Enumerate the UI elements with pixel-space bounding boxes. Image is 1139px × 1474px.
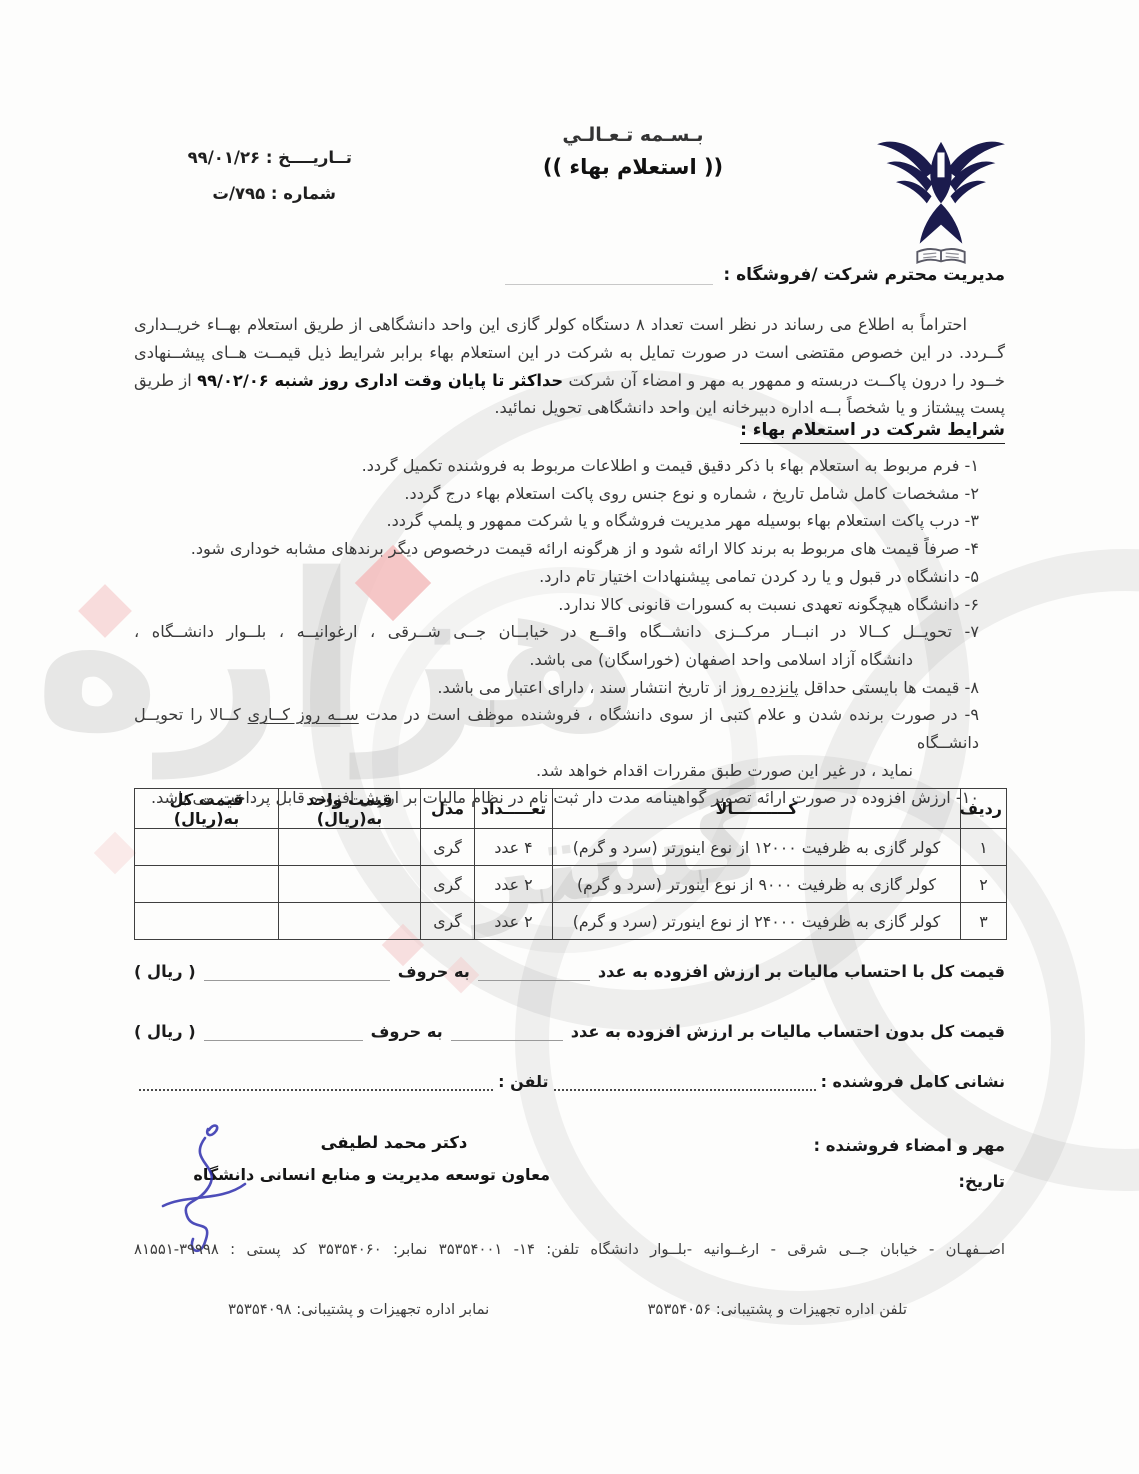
total-with-vat-number-blank xyxy=(478,963,590,981)
condition-text: ۷- تحویــل کــالا در انبــار مرکــزی دان… xyxy=(134,622,979,641)
condition-item: ۷- تحویــل کــالا در انبــار مرکــزی دان… xyxy=(134,618,1005,646)
signatory-name: دکتر محمد لطیفی xyxy=(238,1133,550,1152)
goods-cell: کولر گازی به ظرفیت ۱۲۰۰۰ از نوع اینورتر … xyxy=(553,829,961,866)
goods-cell: کولر گازی به ظرفیت ۲۴۰۰۰ از نوع اینورتر … xyxy=(553,903,961,940)
condition-text: ۸- قیمت ها بایستی حداقل xyxy=(799,678,979,697)
condition-underlined-text: پانزده روز xyxy=(732,678,799,697)
unit-price-cell xyxy=(279,829,421,866)
condition-item: ۱- فرم مربوط به استعلام بهاء با ذکر دقیق… xyxy=(134,452,1005,480)
price-inquiry-document: هزاره گستر تــاريــــخ : ۹۹/۰۱/۲۶ شماره … xyxy=(0,0,1139,1474)
basmala-text: بـسـمه تـعـالـي xyxy=(468,124,798,146)
document-number: شماره : ۷۹۵/ت xyxy=(140,184,352,203)
column-header-total-price: قیمت کل به(ریال) xyxy=(135,789,279,829)
model-cell: گری xyxy=(421,829,475,866)
column-header-row-number: ردیف xyxy=(961,789,1007,829)
table-row: ۳کولر گازی به ظرفیت ۲۴۰۰۰ از نوع اینورتر… xyxy=(135,903,1007,940)
conditions-list: ۱- فرم مربوط به استعلام بهاء با ذکر دقیق… xyxy=(134,452,1005,812)
condition-text: ۴- صرفاً قیمت های مربوط به برند کالا ارا… xyxy=(191,539,979,558)
total-price-cell xyxy=(135,829,279,866)
condition-item: ۹- در صورت برنده شدن و علام کتبی از سوی … xyxy=(134,701,1005,756)
signatory-title: معاون توسعه مدیریت و منابع انسانی دانشگا… xyxy=(238,1165,550,1184)
seller-address-label: نشانی کامل فروشنده : xyxy=(821,1072,1005,1091)
seller-phone-blank xyxy=(139,1075,493,1091)
document-meta: تــاريــــخ : ۹۹/۰۱/۲۶ شماره : ۷۹۵/ت xyxy=(140,148,352,203)
unit-price-cell xyxy=(279,866,421,903)
table-header-row: ردیف کــــــــــالا تعـــــداد مدل قیمت … xyxy=(135,789,1007,829)
total-price-cell xyxy=(135,866,279,903)
recipient-blank-line xyxy=(505,264,713,285)
quantity-cell: ۲ عدد xyxy=(475,903,553,940)
currency-label: ( ریال ) xyxy=(134,962,196,981)
seller-address-blank xyxy=(554,1075,816,1091)
total-without-vat-words-blank xyxy=(204,1023,363,1041)
equipment-office-phone: تلفن اداره تجهیزات و پشتیبانی: ۳۵۳۵۴۰۵۶ xyxy=(647,1301,907,1318)
conditions-heading: شرایط شرکت در استعلام بهاء : xyxy=(740,420,1005,444)
row-number-cell: ۳ xyxy=(961,903,1007,940)
condition-item: ۲- مشخصات کامل شامل تاریخ ، شماره و نوع … xyxy=(134,480,1005,508)
column-header-unit-price: قیمت واحد به(ریال) xyxy=(279,789,421,829)
model-cell: گری xyxy=(421,866,475,903)
seller-stamp-label: مهر و امضاء فروشنده : xyxy=(813,1136,1005,1155)
column-header-quantity: تعـــــداد xyxy=(475,789,553,829)
items-table: ردیف کــــــــــالا تعـــــداد مدل قیمت … xyxy=(134,788,1007,940)
condition-item: ۴- صرفاً قیمت های مربوط به برند کالا ارا… xyxy=(134,535,1005,563)
column-header-model: مدل xyxy=(421,789,475,829)
condition-text: ۹- در صورت برنده شدن و علام کتبی از سوی … xyxy=(359,705,979,724)
condition-text: ۲- مشخصات کامل شامل تاریخ ، شماره و نوع … xyxy=(404,484,979,503)
currency-label: ( ریال ) xyxy=(134,1022,196,1041)
row-number-cell: ۲ xyxy=(961,866,1007,903)
quantity-cell: ۲ عدد xyxy=(475,866,553,903)
total-without-vat-number-blank xyxy=(451,1023,563,1041)
condition-continuation-line: دانشگاه آزاد اسلامی واحد اصفهان (خوراسگا… xyxy=(134,646,1005,674)
document-header: بـسـمه تـعـالـي (( استعلام بهاء )) xyxy=(468,124,798,179)
condition-text: ۶- دانشگاه هیچگونه تعهدی نسبت به کسورات … xyxy=(558,595,979,614)
total-with-vat-row: قیمت کل با احتساب مالیات بر ارزش افزوده … xyxy=(134,962,1005,981)
condition-text: ۳- درب پاکت استعلام بهاء بوسیله مهر مدیر… xyxy=(386,511,979,530)
condition-underlined-text: ســه روز کــاری xyxy=(248,705,359,724)
condition-item: ۸- قیمت ها بایستی حداقل پانزده روز از تا… xyxy=(134,674,1005,702)
table-row: ۲کولر گازی به ظرفیت ۹۰۰۰ از نوع اینورتر … xyxy=(135,866,1007,903)
unit-price-cell xyxy=(279,903,421,940)
total-with-vat-words-blank xyxy=(204,963,390,981)
column-header-goods: کــــــــــالا xyxy=(553,789,961,829)
azad-university-emblem-icon xyxy=(866,130,1016,272)
signatory-block: دکتر محمد لطیفی معاون توسعه مدیریت و منا… xyxy=(238,1133,550,1184)
deadline-text: حداکثر تا پایان وقت اداری روز شنبه ۹۹/۰۲… xyxy=(197,371,563,390)
condition-item: ۵- دانشگاه در قبول و یا رد کردن تمامی پی… xyxy=(134,563,1005,591)
total-with-vat-label: قیمت کل با احتساب مالیات بر ارزش افزوده … xyxy=(598,962,1005,981)
table-row: ۱کولر گازی به ظرفیت ۱۲۰۰۰ از نوع اینورتر… xyxy=(135,829,1007,866)
condition-text: ۱- فرم مربوط به استعلام بهاء با ذکر دقیق… xyxy=(362,456,979,475)
document-title: (( استعلام بهاء )) xyxy=(468,155,798,179)
condition-item: ۳- درب پاکت استعلام بهاء بوسیله مهر مدیر… xyxy=(134,507,1005,535)
document-date: تــاريــــخ : ۹۹/۰۱/۲۶ xyxy=(140,148,352,167)
row-number-cell: ۱ xyxy=(961,829,1007,866)
seller-phone-label: تلفن : xyxy=(498,1072,548,1091)
footer-contact-row: تلفن اداره تجهیزات و پشتیبانی: ۳۵۳۵۴۰۵۶ … xyxy=(134,1301,1005,1318)
model-cell: گری xyxy=(421,903,475,940)
condition-text: از تاریخ انتشار سند ، دارای اعتبار می با… xyxy=(437,678,732,697)
goods-cell: کولر گازی به ظرفیت ۹۰۰۰ از نوع اینورتر (… xyxy=(553,866,961,903)
quantity-cell: ۴ عدد xyxy=(475,829,553,866)
total-price-cell xyxy=(135,903,279,940)
total-without-vat-row: قیمت کل بدون احتساب مالیات بر ارزش افزود… xyxy=(134,1022,1005,1041)
in-words-label: به حروف xyxy=(398,962,470,981)
condition-text: ۵- دانشگاه در قبول و یا رد کردن تمامی پی… xyxy=(539,567,979,586)
signature-date-label: تاریخ: xyxy=(813,1172,1005,1191)
in-words-label: به حروف xyxy=(371,1022,443,1041)
seller-address-row: نشانی کامل فروشنده : تلفن : xyxy=(134,1072,1005,1091)
recipient-label: مدیریت محترم شرکت /فروشگاه : xyxy=(723,265,1005,285)
recipient-row: مدیریت محترم شرکت /فروشگاه : xyxy=(505,264,1005,285)
footer-address-line: اصــفهـان - خیابان جــی شرقی - ارغــوانی… xyxy=(134,1241,1005,1258)
condition-continuation-line: نماید ، در غیر این صورت طبق مقررات اقدام… xyxy=(134,757,1005,785)
condition-item: ۶- دانشگاه هیچگونه تعهدی نسبت به کسورات … xyxy=(134,591,1005,619)
equipment-office-fax: نمابر اداره تجهیزات و پشتیبانی: ۳۵۳۵۴۰۹۸ xyxy=(228,1301,489,1318)
total-without-vat-label: قیمت کل بدون احتساب مالیات بر ارزش افزود… xyxy=(571,1022,1005,1041)
intro-paragraph: احتراماً به اطلاع می رساند در نظر است تع… xyxy=(134,311,1005,422)
seller-signature-block: مهر و امضاء فروشنده : تاریخ: xyxy=(813,1136,1005,1191)
handwritten-signature-icon xyxy=(146,1120,258,1260)
